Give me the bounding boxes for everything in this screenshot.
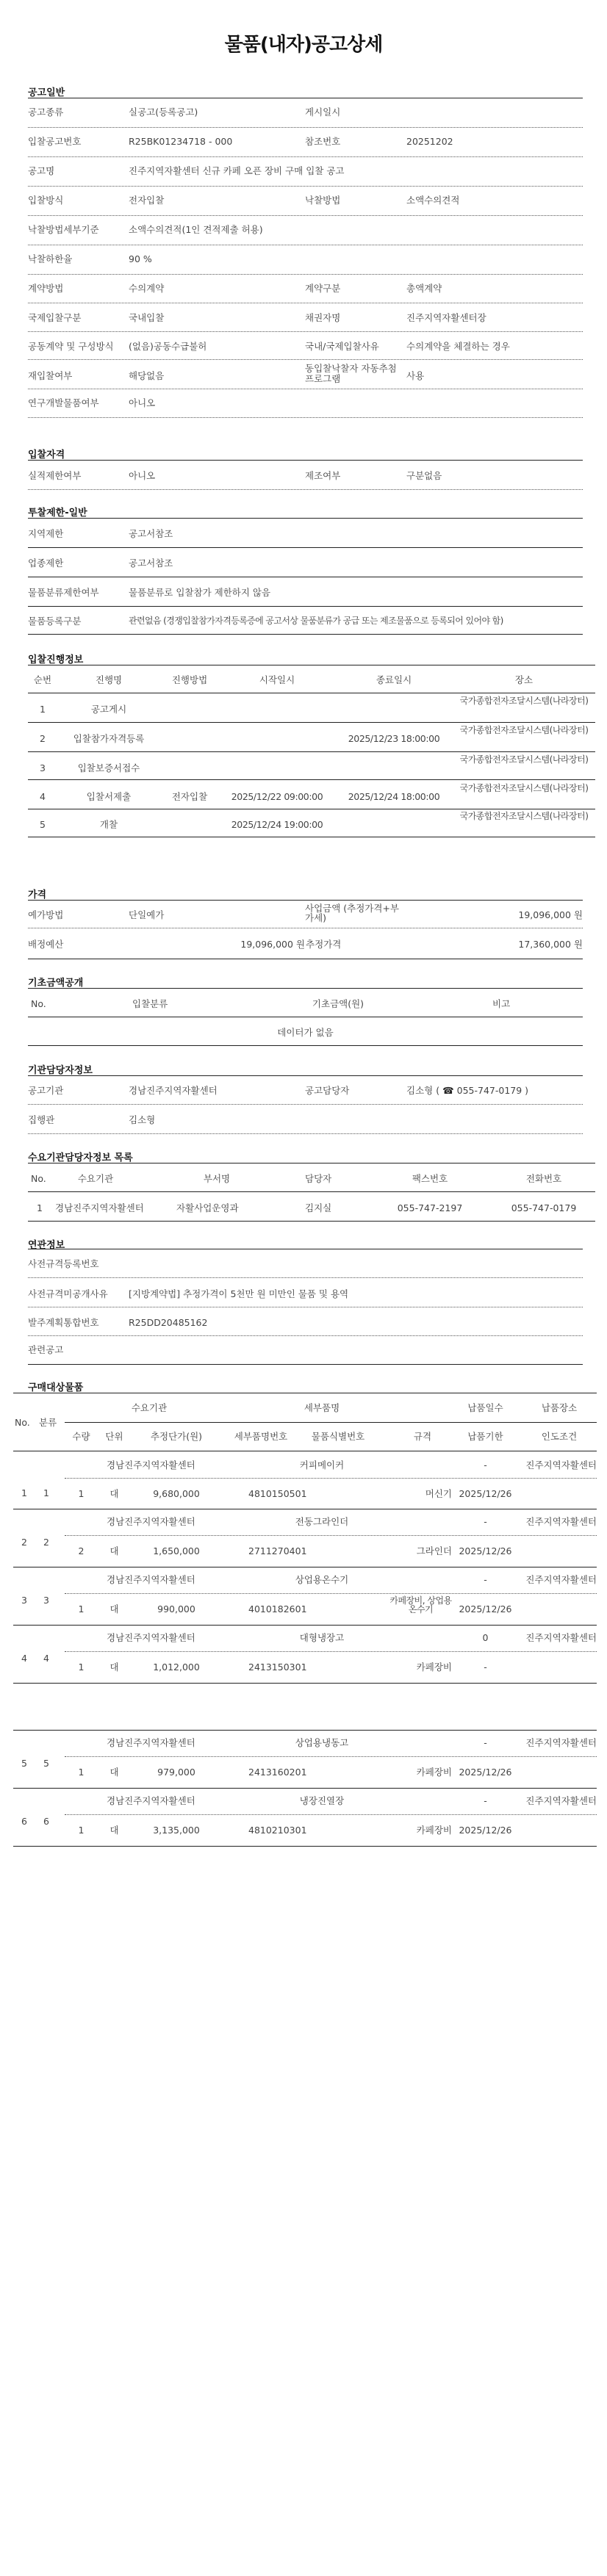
goods-qty: 2: [65, 1545, 98, 1556]
goods-delivery-place: 진주지역자활센터: [518, 1737, 597, 1748]
business-amount: 19,096,000 원: [406, 909, 583, 920]
progress-name: 개찰: [57, 819, 160, 830]
section-title-goods: 구매대상물품: [28, 1379, 83, 1393]
goods-detail-no: 2413150301: [248, 1662, 307, 1673]
label: 추정가격: [306, 939, 341, 950]
label: 공고종류: [28, 107, 63, 118]
goods-spec: 머신기: [382, 1488, 452, 1499]
label: 동입찰낙찰자 자동추첨 프로그램: [305, 364, 404, 384]
goods-unit-price: 3,135,000: [136, 1825, 217, 1836]
col-header-detail-name: 세부품명: [234, 1402, 410, 1413]
row-divider: [28, 215, 583, 216]
goods-category: 5: [35, 1758, 57, 1769]
col-header: 담당자: [305, 1173, 331, 1184]
goods-category: 1: [35, 1487, 57, 1498]
goods-category: 6: [35, 1816, 57, 1827]
estimated-price: 17,360,000 원: [406, 939, 583, 950]
progress-name: 입찰서제출: [57, 791, 160, 802]
col-header-terms: 인도조건: [522, 1431, 597, 1442]
row-divider: [28, 303, 583, 303]
label: 지역제한: [28, 528, 63, 539]
col-header: 팩스번호: [378, 1173, 481, 1184]
progress-start: 2025/12/24 19:00:00: [219, 819, 335, 830]
row-divider: [13, 1683, 597, 1684]
goods-unit-price: 1,012,000: [136, 1662, 217, 1673]
progress-name: 입찰참가자격등록: [57, 733, 160, 744]
row-divider: [28, 331, 583, 332]
goods-detail-no: 4010182601: [248, 1603, 307, 1614]
label: 사업금액 (추정가격+부가세): [305, 903, 408, 923]
value: 국내입찰: [129, 312, 164, 323]
col-header: 수요기관: [55, 1173, 136, 1184]
col-header: 기초금액(원): [265, 998, 412, 1009]
goods-detail-no: 2413160201: [248, 1767, 307, 1778]
phone-icon: ☎: [442, 1085, 454, 1096]
section-divider: [13, 1393, 597, 1393]
col-header: No.: [31, 1173, 46, 1184]
contact-name: 김소형 (: [406, 1085, 439, 1096]
section-divider: [28, 665, 595, 665]
col-header-delivery-days: 납품일수: [454, 1402, 517, 1413]
row-divider: [28, 722, 595, 723]
goods-detail-name: 커피메이커: [234, 1460, 410, 1471]
goods-delivery-days: -: [454, 1516, 517, 1527]
label: 물품등록구분: [28, 616, 81, 627]
value: 물품분류로 입찰참가 제한하지 않음: [129, 587, 270, 598]
label: 사전규격등록번호: [28, 1258, 99, 1269]
section-title-base-amount: 기초금액공개: [28, 975, 83, 989]
progress-place: 국가종합전자조달시스템(나라장터): [453, 696, 595, 707]
goods-spec: 카페장비: [382, 1825, 452, 1836]
goods-delivery-days: -: [454, 1737, 517, 1748]
row-divider: [28, 186, 583, 187]
row-divider: [28, 959, 583, 959]
goods-detail-name: 대형냉장고: [234, 1632, 410, 1643]
goods-delivery-place: 진주지역자활센터: [518, 1632, 597, 1643]
col-header: 종료일시: [335, 674, 453, 685]
row-divider: [28, 359, 583, 360]
row-divider: [28, 1335, 583, 1336]
goods-demand-org: 경남진주지역자활센터: [107, 1460, 195, 1471]
header-divider: [65, 1422, 597, 1423]
section-title-general: 공고일반: [28, 84, 65, 98]
progress-method: 전자입찰: [160, 791, 219, 802]
demand-person: 김지실: [305, 1202, 331, 1213]
row-divider: [13, 1451, 597, 1451]
col-header-category: 분류: [39, 1417, 57, 1428]
goods-no: 6: [13, 1816, 35, 1827]
goods-category: 3: [35, 1595, 57, 1606]
col-header-unit-price: 추정단가(원): [136, 1431, 217, 1442]
value: 공고서참조: [129, 558, 173, 569]
row-divider: [65, 1535, 597, 1536]
demand-dept: 자활사업운영과: [176, 1202, 239, 1213]
row-divider: [65, 1814, 597, 1815]
demand-fax: 055-747-2197: [378, 1202, 481, 1213]
goods-deadline: 2025/12/26: [454, 1767, 517, 1778]
goods-deadline: 2025/12/26: [454, 1825, 517, 1836]
row-divider: [28, 1133, 583, 1134]
value: 단일예가: [129, 909, 164, 920]
goods-qty: 1: [65, 1662, 98, 1673]
label: 계약방법: [28, 283, 63, 294]
value: 김소형: [129, 1114, 155, 1125]
goods-delivery-days: -: [454, 1574, 517, 1585]
goods-delivery-place: 진주지역자활센터: [518, 1574, 597, 1585]
col-header-unit: 단위: [98, 1431, 131, 1442]
goods-demand-org: 경남진주지역자활센터: [107, 1632, 195, 1643]
goods-detail-no: 2711270401: [248, 1545, 307, 1556]
section-title-price: 가격: [28, 887, 46, 901]
progress-end: 2025/12/24 18:00:00: [335, 791, 453, 802]
goods-no: 3: [13, 1595, 35, 1606]
goods-delivery-place: 진주지역자활센터: [518, 1516, 597, 1527]
value: [지방계약법] 추정가격이 5천만 원 미만인 물품 및 용역: [129, 1288, 348, 1299]
goods-detail-name: 전동그라인더: [234, 1516, 410, 1527]
goods-unit-price: 990,000: [136, 1603, 217, 1614]
section-divider: [28, 460, 583, 461]
value: 총액계약: [406, 283, 442, 294]
progress-place: 국가종합전자조달시스템(나라장터): [453, 811, 595, 822]
section-divider: [28, 988, 583, 989]
contact-person: 김소형 ( ☎ 055-747-0179 ): [406, 1085, 528, 1096]
row-divider: [13, 1625, 597, 1626]
progress-name: 공고게시: [57, 704, 160, 715]
row-divider: [28, 577, 583, 577]
goods-unit-price: 979,000: [136, 1767, 217, 1778]
progress-no: 2: [28, 733, 57, 744]
row-divider: [28, 809, 595, 809]
row-divider: [28, 779, 595, 780]
col-header: 장소: [453, 674, 595, 685]
row-divider: [28, 634, 583, 635]
col-header: 비고: [492, 998, 510, 1009]
section-title-demand-contact: 수요기관담당자정보 목록: [28, 1150, 133, 1163]
label: 공동계약 및 구성방식: [28, 341, 114, 352]
goods-unit: 대: [98, 1603, 131, 1614]
progress-start: 2025/12/22 09:00:00: [219, 791, 335, 802]
progress-name: 입찰보증서접수: [57, 762, 160, 773]
value: 해당없음: [129, 370, 164, 381]
goods-qty: 1: [65, 1603, 98, 1614]
row-divider: [28, 1277, 583, 1278]
goods-unit: 대: [98, 1767, 131, 1778]
col-header-delivery-place: 납품장소: [522, 1402, 597, 1413]
progress-no: 1: [28, 704, 57, 715]
progress-place: 국가종합전자조달시스템(나라장터): [453, 725, 595, 736]
goods-unit-price: 9,680,000: [136, 1488, 217, 1499]
row-divider: [28, 245, 583, 245]
label: 국제입찰구분: [28, 312, 81, 323]
col-header-spec: 규격: [393, 1431, 452, 1442]
progress-no: 4: [28, 791, 57, 802]
value: R25BK01234718 - 000: [129, 136, 232, 147]
row-divider: [28, 1221, 595, 1222]
label: 공고명: [28, 165, 54, 176]
goods-deadline: 2025/12/26: [454, 1488, 517, 1499]
goods-delivery-place: 진주지역자활센터: [518, 1795, 597, 1806]
row-divider: [28, 417, 583, 418]
value: 경남진주지역자활센터: [129, 1085, 218, 1096]
goods-spec: 카페장비: [382, 1662, 452, 1673]
goods-demand-org: 경남진주지역자활센터: [107, 1737, 195, 1748]
goods-detail-no: 4810210301: [248, 1825, 307, 1836]
col-header: No.: [31, 998, 46, 1009]
goods-delivery-days: -: [454, 1795, 517, 1806]
section-title-restriction: 투찰제한-일반: [28, 505, 87, 519]
section-divider: [28, 1163, 595, 1163]
goods-category: 2: [35, 1537, 57, 1548]
goods-spec: 카페장비, 상업용 온수기: [389, 1596, 452, 1614]
value: 수의계약을 체결하는 경우: [406, 341, 510, 352]
value: 실공고(등록공고): [129, 107, 198, 118]
value: R25DD20485162: [129, 1317, 207, 1328]
row-divider: [28, 1045, 583, 1046]
goods-detail-name: 상업용냉동고: [234, 1737, 410, 1748]
row-divider: [28, 1191, 595, 1192]
goods-demand-org: 경남진주지역자활센터: [107, 1795, 195, 1806]
row-divider: [65, 1478, 597, 1479]
section-title-agency-contact: 기관담당자정보: [28, 1062, 93, 1076]
label: 채권자명: [305, 312, 340, 323]
goods-detail-no: 4810150501: [248, 1488, 307, 1499]
row-divider: [28, 1307, 583, 1307]
col-header-demand-org: 수요기관: [65, 1402, 234, 1413]
col-header-item-id: 물품식별번호: [298, 1431, 378, 1442]
goods-delivery-days: 0: [454, 1632, 517, 1643]
section-divider: [28, 1075, 583, 1076]
goods-no: 2: [13, 1537, 35, 1548]
progress-no: 5: [28, 819, 57, 830]
col-header: 전화번호: [492, 1173, 595, 1184]
goods-unit: 대: [98, 1825, 131, 1836]
col-header: 입찰분류: [132, 998, 168, 1009]
value: 90 %: [129, 253, 152, 264]
goods-demand-org: 경남진주지역자활센터: [107, 1574, 195, 1585]
row-divider: [13, 1846, 597, 1847]
col-header: 진행명: [57, 674, 160, 685]
label: 연구개발물품여부: [28, 397, 99, 408]
announcement-name: 진주지역자활센터 신규 카페 오픈 장비 구매 입찰 공고: [129, 165, 344, 176]
label: 낙찰하한율: [28, 253, 72, 264]
row-divider: [28, 547, 583, 548]
section-divider: [28, 900, 583, 901]
goods-deadline: -: [454, 1662, 517, 1673]
row-divider: [13, 1509, 597, 1509]
value: 아니오: [129, 397, 155, 408]
label: 예가방법: [28, 909, 63, 920]
label: 제조여부: [305, 470, 340, 481]
label: 발주계획통합번호: [28, 1317, 99, 1328]
page-title: 물품(내자)공고상세: [0, 29, 607, 57]
goods-deadline: 2025/12/26: [454, 1603, 517, 1614]
goods-no: 5: [13, 1758, 35, 1769]
label: 공고기관: [28, 1085, 63, 1096]
row-divider: [28, 127, 583, 128]
label: 재입찰여부: [28, 370, 72, 381]
row-divider: [28, 1364, 583, 1365]
goods-unit: 대: [98, 1545, 131, 1556]
goods-delivery-place: 진주지역자활센터: [518, 1460, 597, 1471]
col-header-deadline: 납품기한: [454, 1431, 517, 1442]
row-divider: [28, 1104, 583, 1105]
row-divider: [28, 751, 595, 752]
row-divider: [28, 606, 583, 607]
goods-detail-name: 상업용온수기: [234, 1574, 410, 1585]
value: 공고서참조: [129, 528, 173, 539]
goods-spec: 그라인더: [382, 1545, 452, 1556]
row-divider: [65, 1756, 597, 1757]
progress-end: 2025/12/23 18:00:00: [335, 733, 453, 744]
label: 실적제한여부: [28, 470, 81, 481]
value: 진주지역자활센터장: [406, 312, 486, 323]
goods-unit: 대: [98, 1488, 131, 1499]
allocated-budget: 19,096,000 원: [129, 939, 305, 950]
label: 낙찰방법: [305, 195, 340, 206]
label: 게시일시: [305, 107, 340, 118]
contact-phone: 055-747-0179 ): [457, 1085, 528, 1096]
goods-no: 1: [13, 1487, 35, 1498]
value: 아니오: [129, 470, 155, 481]
label: 업종제한: [28, 558, 63, 569]
value: 수의계약: [129, 283, 164, 294]
value: 소액수의견적(1인 견적제출 허용): [129, 224, 263, 235]
goods-spec: 카페장비: [382, 1767, 452, 1778]
goods-deadline: 2025/12/26: [454, 1545, 517, 1556]
label: 배정예산: [28, 939, 63, 950]
row-divider: [65, 1593, 597, 1594]
col-header-qty: 수량: [65, 1431, 98, 1442]
label: 낙찰방법세부기준: [28, 224, 99, 235]
section-divider: [28, 98, 583, 98]
progress-no: 3: [28, 762, 57, 773]
value: 사용: [406, 370, 424, 381]
value: 관련없음 (경쟁입찰참가자격등록증에 공고서상 물품분류가 공급 또는 제조물품…: [129, 616, 503, 627]
demand-no: 1: [37, 1202, 43, 1213]
value: 20251202: [406, 136, 453, 147]
row-divider: [13, 1788, 597, 1789]
row-divider: [28, 274, 583, 275]
label: 집행관: [28, 1114, 54, 1125]
progress-place: 국가종합전자조달시스템(나라장터): [453, 754, 595, 765]
label: 공고담당자: [305, 1085, 349, 1096]
goods-detail-name: 냉장진열장: [234, 1795, 410, 1806]
row-divider: [28, 837, 595, 837]
section-title-progress: 입찰진행정보: [28, 652, 83, 665]
demand-tel: 055-747-0179: [492, 1202, 595, 1213]
section-divider: [28, 518, 583, 519]
label: 관련공고: [28, 1344, 63, 1355]
label: 사전규격미공개사유: [28, 1288, 108, 1299]
goods-category: 4: [35, 1653, 57, 1664]
label: 계약구분: [305, 283, 340, 294]
goods-qty: 1: [65, 1825, 98, 1836]
row-divider: [65, 1651, 597, 1652]
row-divider: [28, 928, 583, 928]
goods-demand-org: 경남진주지역자활센터: [107, 1516, 195, 1527]
col-header: 순번: [28, 674, 57, 685]
row-divider: [13, 1567, 597, 1567]
goods-unit: 대: [98, 1662, 131, 1673]
value: (없음)공동수급불허: [129, 341, 206, 352]
row-divider: [28, 156, 583, 157]
goods-qty: 1: [65, 1767, 98, 1778]
row-divider: [28, 489, 583, 490]
demand-org: 경남진주지역자활센터: [55, 1202, 144, 1213]
section-divider: [28, 1249, 583, 1249]
label: 입찰방식: [28, 195, 63, 206]
col-header-no: No.: [15, 1417, 30, 1428]
row-divider: [28, 693, 595, 693]
row-divider: [28, 389, 583, 389]
label: 국내/국제입찰사유: [305, 341, 379, 352]
label: 입찰공고번호: [28, 136, 81, 147]
empty-message: 데이터가 없음: [28, 1027, 583, 1038]
value: 구분없음: [406, 470, 442, 481]
row-divider: [28, 1017, 583, 1017]
col-header: 부서명: [165, 1173, 268, 1184]
row-divider: [13, 1730, 597, 1731]
value: 전자입찰: [129, 195, 164, 206]
label: 물품분류제한여부: [28, 587, 99, 598]
goods-delivery-days: -: [454, 1460, 517, 1471]
col-header: 시작일시: [219, 674, 335, 685]
goods-unit-price: 1,650,000: [136, 1545, 217, 1556]
section-title-qualification: 입찰자격: [28, 447, 65, 461]
goods-qty: 1: [65, 1488, 98, 1499]
col-header: 진행방법: [160, 674, 219, 685]
value: 소액수의견적: [406, 195, 459, 206]
progress-place: 국가종합전자조달시스템(나라장터): [453, 783, 595, 794]
col-header-detail-no: 세부품명번호: [224, 1431, 298, 1442]
goods-no: 4: [13, 1653, 35, 1664]
label: 참조번호: [305, 136, 340, 147]
